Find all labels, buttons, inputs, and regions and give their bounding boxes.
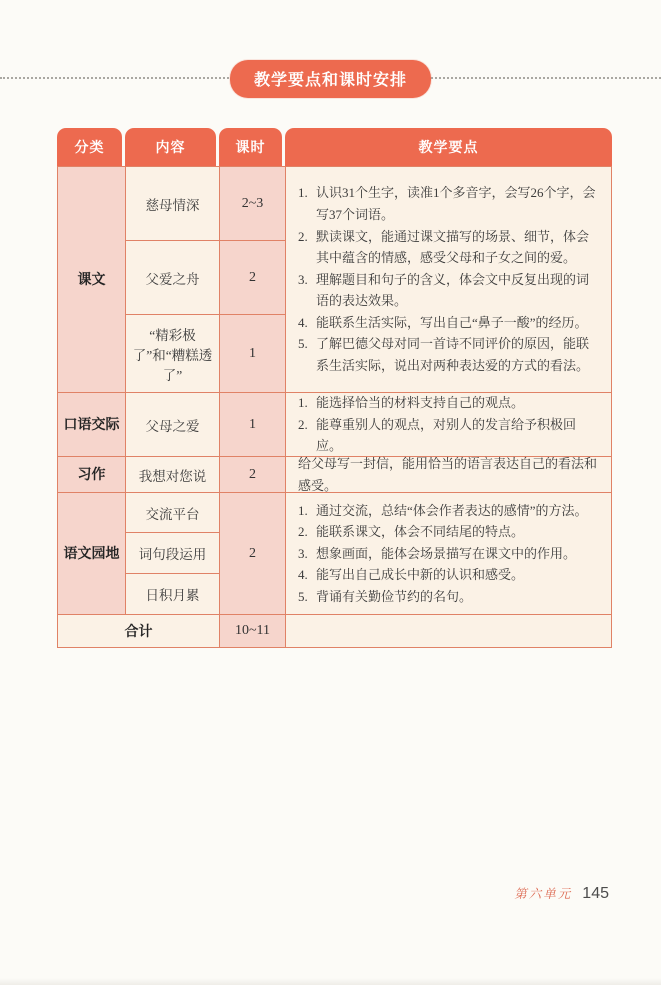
point-number: 2. [298,414,316,457]
total-hours-cell: 10~11 [219,614,285,648]
column-header-hours: 课时 [219,128,282,166]
point-item: 5.了解巴德父母对同一首诗不同评价的原因，能联系生活实际，说出对两种表达爱的方式… [298,333,601,376]
point-number: 1. [298,392,316,414]
hours-cell-merged: 2 [219,492,285,614]
point-number: 3. [298,269,316,312]
content-cell: 日积月累 [125,573,219,614]
point-text: 能联系生活实际，写出自己“鼻子一酸”的经历。 [316,312,601,334]
point-item: 1.认识31个生字，读准1个多音字，会写26个字，会写37个词语。 [298,182,601,225]
content-cell: 慈母情深 [125,166,219,240]
point-item: 给父母写一封信，能用恰当的语言表达自己的看法和感受。 [298,453,601,496]
point-text: 能选择恰当的材料支持自己的观点。 [316,392,601,414]
point-text: 能写出自己成长中新的认识和感受。 [316,564,601,586]
point-text: 给父母写一封信，能用恰当的语言表达自己的看法和感受。 [298,453,601,496]
point-number: 2. [298,521,316,543]
column-header-teaching-points: 教学要点 [285,128,612,166]
point-text: 通过交流，总结“体会作者表达的感情”的方法。 [316,500,601,522]
point-text: 想象画面，能体会场景描写在课文中的作用。 [316,543,601,565]
point-text: 认识31个生字，读准1个多音字，会写26个字，会写37个词语。 [316,182,601,225]
section-header: 教学要点和课时安排 [0,60,661,94]
category-cell-kewen: 课文 [57,166,125,392]
point-number: 3. [298,543,316,565]
category-cell-yuwen-yuandi: 语文园地 [57,492,125,614]
total-empty-cell [285,614,612,648]
page-number: 145 [582,885,609,903]
hours-cell: 1 [219,392,285,456]
point-item: 1.通过交流，总结“体会作者表达的感情”的方法。 [298,500,601,522]
point-text: 能尊重别人的观点，对别人的发言给予积极回应。 [316,414,601,457]
column-header-content: 内容 [125,128,216,166]
point-text: 了解巴德父母对同一首诗不同评价的原因，能联系生活实际，说出对两种表达爱的方式的看… [316,333,601,376]
page-footer: 第六单元 145 [514,884,609,903]
point-item: 2.默读课文，能通过课文描写的场景、细节，体会其中蕴含的情感，感受父母和子女之间… [298,226,601,269]
unit-label: 第六单元 [514,884,572,902]
book-page: 教学要点和课时安排 分类 内容 课时 教学要点 课文 慈母情深 2~3 父爱之舟… [0,0,661,985]
category-cell-kouyu-jiaoji: 口语交际 [57,392,125,456]
point-number: 4. [298,564,316,586]
teaching-points-yuandi: 1.通过交流，总结“体会作者表达的感情”的方法。 2.能联系课文，体会不同结尾的… [285,492,612,614]
point-number: 4. [298,312,316,334]
hours-cell: 1 [219,314,285,392]
point-item: 1.能选择恰当的材料支持自己的观点。 [298,392,601,414]
hours-cell: 2~3 [219,166,285,240]
content-cell: 交流平台 [125,492,219,532]
content-cell: “精彩极了”和“糟糕透了” [125,314,219,392]
point-text: 背诵有关勤俭节约的名句。 [316,586,601,608]
lesson-schedule-table: 分类 内容 课时 教学要点 课文 慈母情深 2~3 父爱之舟 2 “精彩极了”和… [57,128,612,648]
point-item: 2.能联系课文，体会不同结尾的特点。 [298,521,601,543]
point-item: 4.能联系生活实际，写出自己“鼻子一酸”的经历。 [298,312,601,334]
teaching-points-kouyu: 1.能选择恰当的材料支持自己的观点。 2.能尊重别人的观点，对别人的发言给予积极… [285,392,612,456]
content-cell: 词句段运用 [125,532,219,573]
hours-cell: 2 [219,240,285,314]
hours-cell: 2 [219,456,285,492]
point-item: 5.背诵有关勤俭节约的名句。 [298,586,601,608]
point-text: 默读课文，能通过课文描写的场景、细节，体会其中蕴含的情感，感受父母和子女之间的爱… [316,226,601,269]
point-number: 1. [298,500,316,522]
teaching-points-xizuo: 给父母写一封信，能用恰当的语言表达自己的看法和感受。 [285,456,612,492]
point-text: 理解题目和句子的含义，体会文中反复出现的词语的表达效果。 [316,269,601,312]
content-cell: 父爱之舟 [125,240,219,314]
column-header-category: 分类 [57,128,122,166]
point-item: 2.能尊重别人的观点，对别人的发言给予积极回应。 [298,414,601,457]
point-number: 2. [298,226,316,269]
content-cell: 父母之爱 [125,392,219,456]
section-title-badge: 教学要点和课时安排 [230,60,431,98]
point-number: 5. [298,586,316,608]
content-cell: 我想对您说 [125,456,219,492]
point-text: 能联系课文，体会不同结尾的特点。 [316,521,601,543]
point-number: 1. [298,182,316,225]
total-label-cell: 合计 [57,614,219,648]
point-item: 3.想象画面，能体会场景描写在课文中的作用。 [298,543,601,565]
point-item: 4.能写出自己成长中新的认识和感受。 [298,564,601,586]
point-item: 3.理解题目和句子的含义，体会文中反复出现的词语的表达效果。 [298,269,601,312]
category-cell-xizuo: 习作 [57,456,125,492]
point-number: 5. [298,333,316,376]
teaching-points-kewen: 1.认识31个生字，读准1个多音字，会写26个字，会写37个词语。 2.默读课文… [285,166,612,392]
